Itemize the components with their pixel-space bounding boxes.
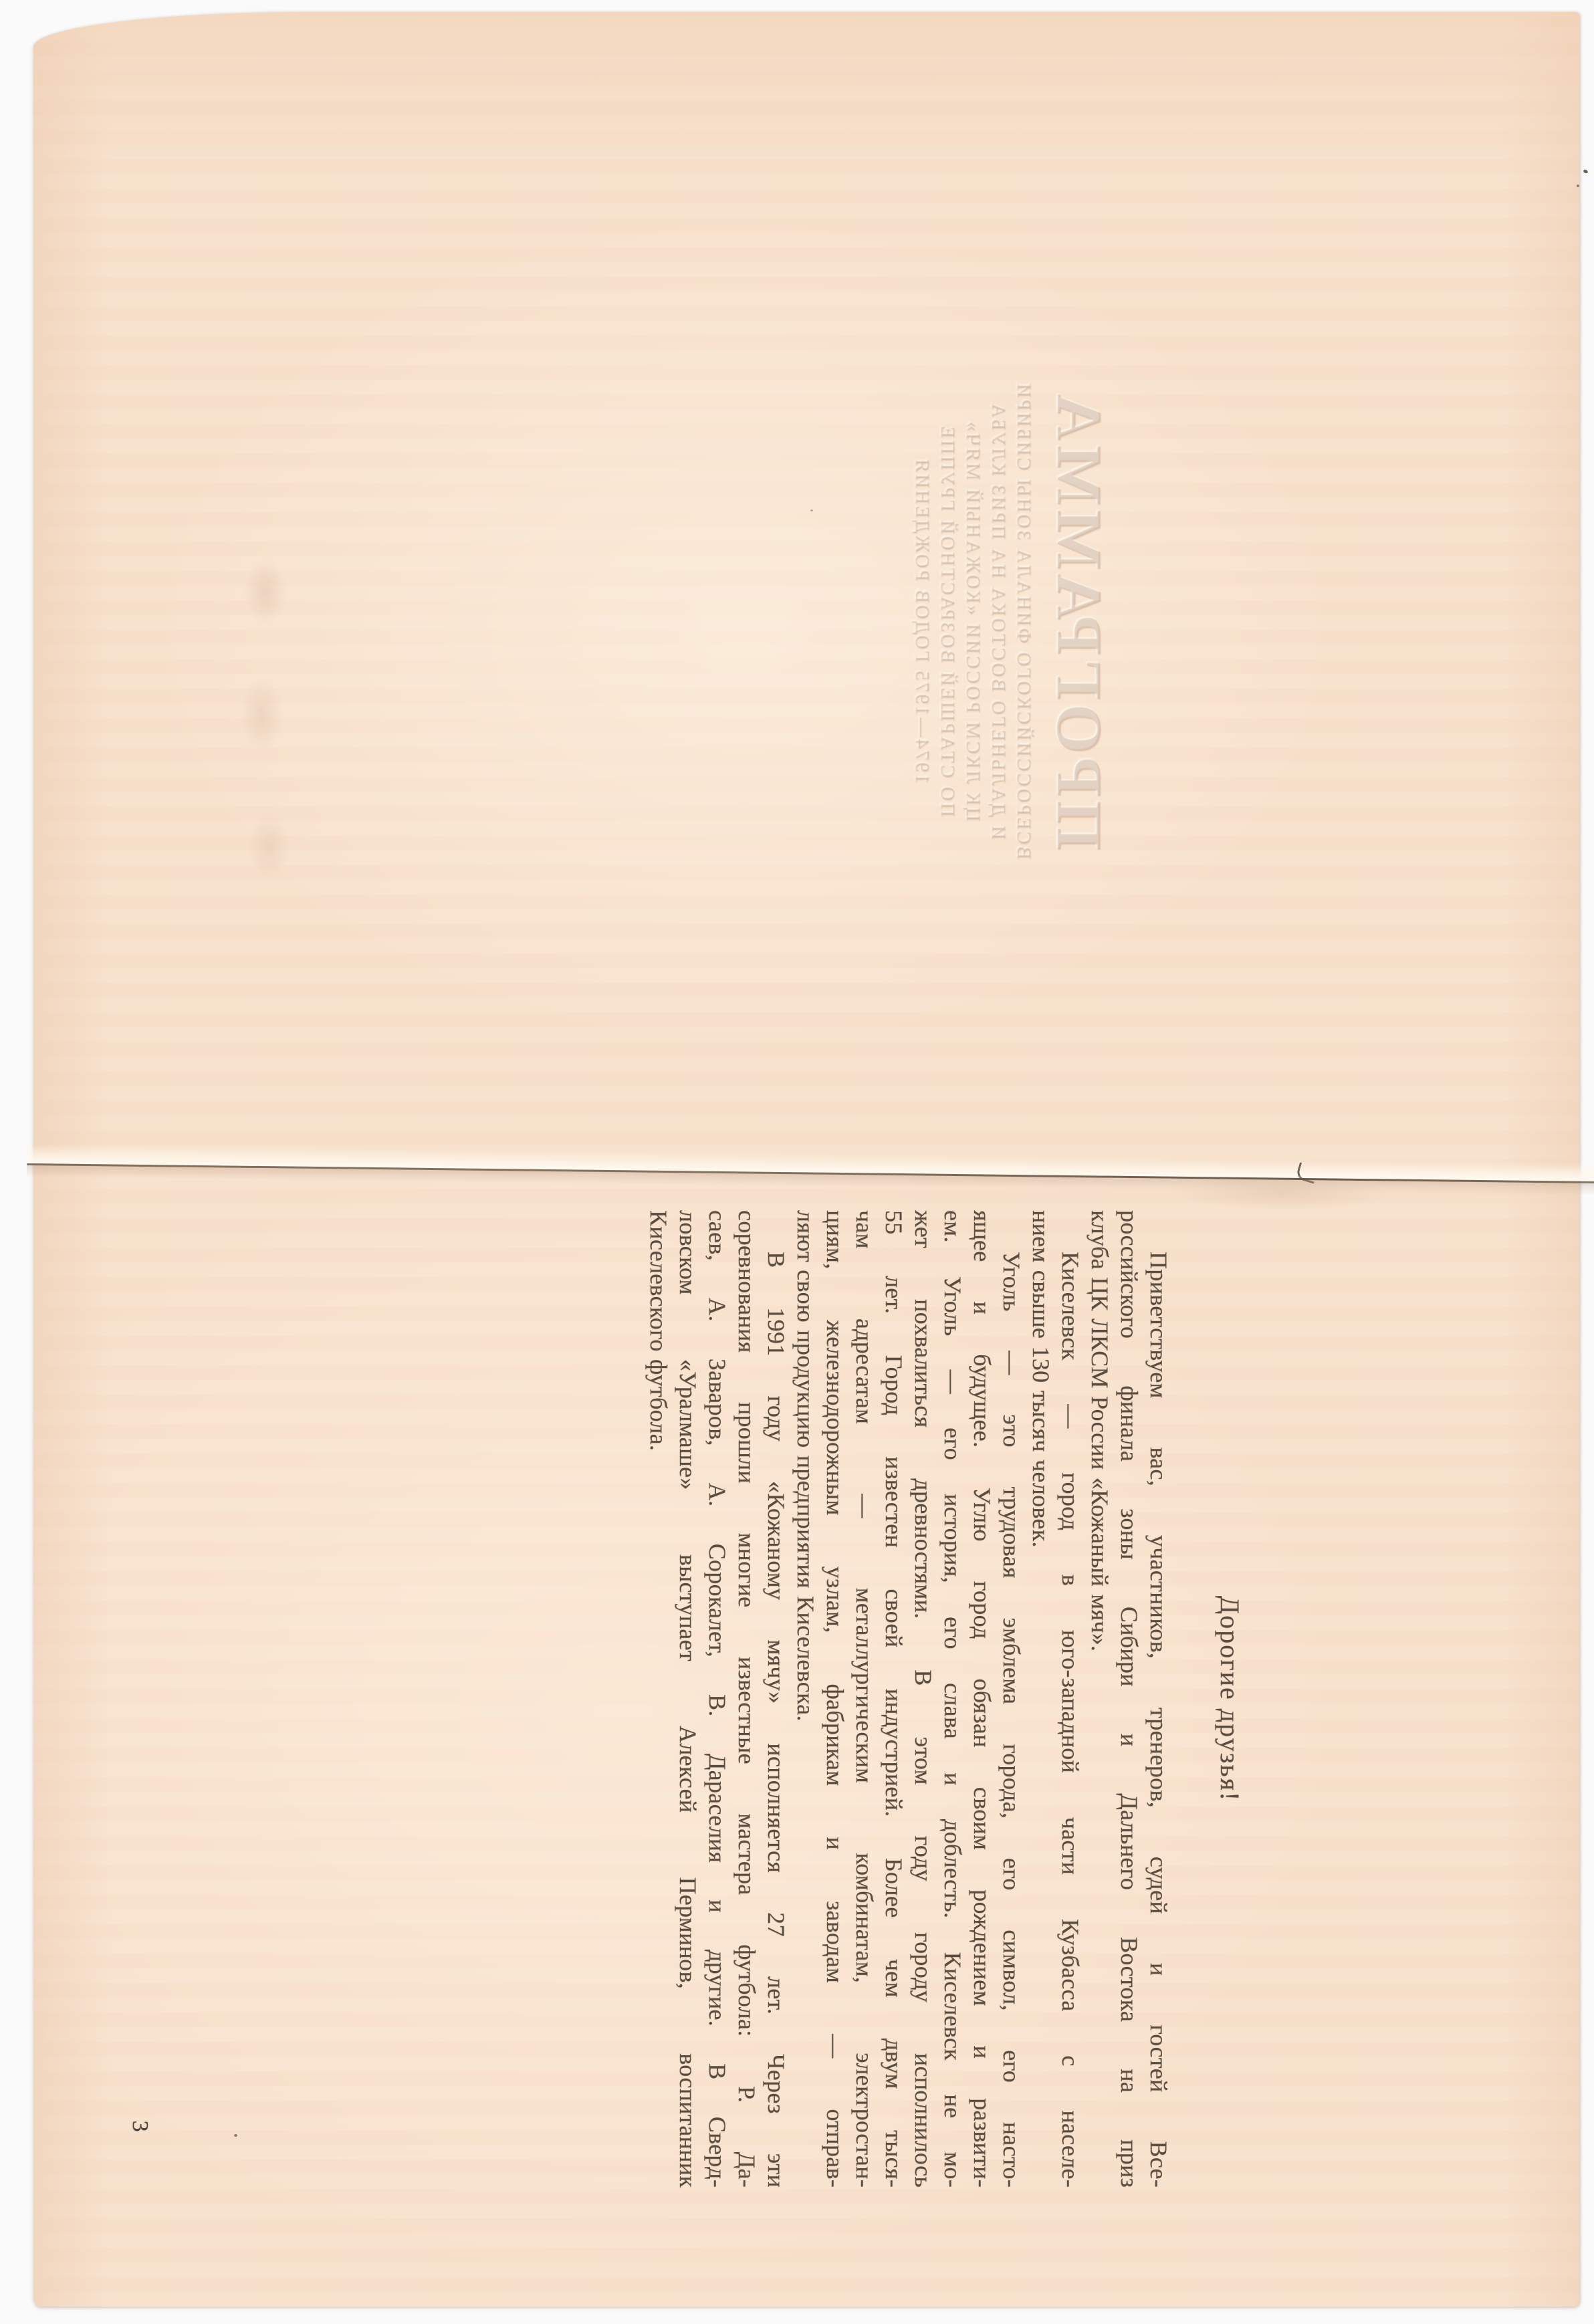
cover-show-through-line: И ДАЛЬНЕГО ВОСТОКА НА ПРИЗ КЛУБА	[986, 266, 1011, 975]
text-line: нием свыше 130 тысяч человек.	[1026, 1210, 1056, 2188]
text-line: Приветствуем вас, участников, тренеров, …	[1144, 1210, 1173, 2188]
cover-show-through: ПРОГРАММА ВСЕРОССИЙСКОГО ФИНАЛА ЗОНЫ СИБ…	[865, 266, 1122, 975]
cover-show-through-line: ПО СТАРШЕЙ ВОЗРАСТНОЙ ГРУППЕ	[935, 266, 960, 975]
cover-show-through-line: ЦК ЛКСМ РОССИИ «КОЖАНЫЙ МЯЧ»	[960, 266, 986, 975]
text-line: 55 лет. Город известен своей индустрией.…	[879, 1210, 909, 2188]
text-line: Киселевского футбола.	[644, 1210, 673, 2188]
ink-speck	[1577, 185, 1579, 187]
text-line: соревнования прошли многие известные мас…	[732, 1210, 762, 2188]
text-line: ящее и будущее. Углю город обязан своим …	[967, 1210, 997, 2188]
scanned-page: ПРОГРАММА ВСЕРОССИЙСКОГО ФИНАЛА ЗОНЫ СИБ…	[33, 12, 1579, 2307]
text-line: чам адресатам — металлургическим комбина…	[850, 1210, 879, 2188]
text-line: саев, А. Заваров, А. Сорокалет, В. Дарас…	[703, 1210, 732, 2188]
cover-show-through-title: ПРОГРАММА	[1036, 266, 1122, 975]
page-number: 3	[122, 2110, 152, 2142]
text-line: циям, железнодорожным узлам, фабрикам и …	[820, 1210, 850, 2188]
ink-speck	[1583, 169, 1588, 174]
cover-show-through-line: 1974—1975 ГОДОВ РОЖДЕНИЯ	[909, 266, 935, 975]
text-line: российского финала зоны Сибири и Дальнег…	[1115, 1210, 1144, 2188]
text-line: ляют свою продукцию предприятия Киселевс…	[791, 1210, 820, 2188]
text-line: жет похвалиться древностями. В этом году…	[909, 1210, 938, 2188]
text-line: Уголь — это трудовая эмблема города, его…	[997, 1210, 1026, 2188]
text-line: В 1991 году «Кожаному мячу» исполняется …	[762, 1210, 791, 2188]
fold-crease	[27, 1145, 1594, 1203]
ink-speck	[234, 2134, 237, 2137]
text-line: Киселевск — город в юго-западной части К…	[1056, 1210, 1085, 2188]
greeting-text-block: Дорогие друзья! Приветствуем вас, участн…	[642, 1210, 1247, 2188]
page-title: Дорогие друзья!	[1212, 1210, 1247, 2188]
body-text: Приветствуем вас, участников, тренеров, …	[644, 1210, 1173, 2188]
cover-show-through-lines: ВСЕРОССИЙСКОГО ФИНАЛА ЗОНЫ СИБИРИИ ДАЛЬН…	[909, 266, 1036, 975]
text-line: клуба ЦК ЛКСМ России «Кожаный мяч».	[1085, 1210, 1115, 2188]
text-line: ем. Уголь — его история, его слава и доб…	[938, 1210, 967, 2188]
show-through-smudge	[229, 547, 302, 921]
cover-show-through-line: ВСЕРОССИЙСКОГО ФИНАЛА ЗОНЫ СИБИРИ	[1011, 266, 1036, 975]
text-line: ловском «Уралмаше» выступает Алексей Пер…	[673, 1210, 703, 2188]
ink-speck	[810, 509, 813, 511]
